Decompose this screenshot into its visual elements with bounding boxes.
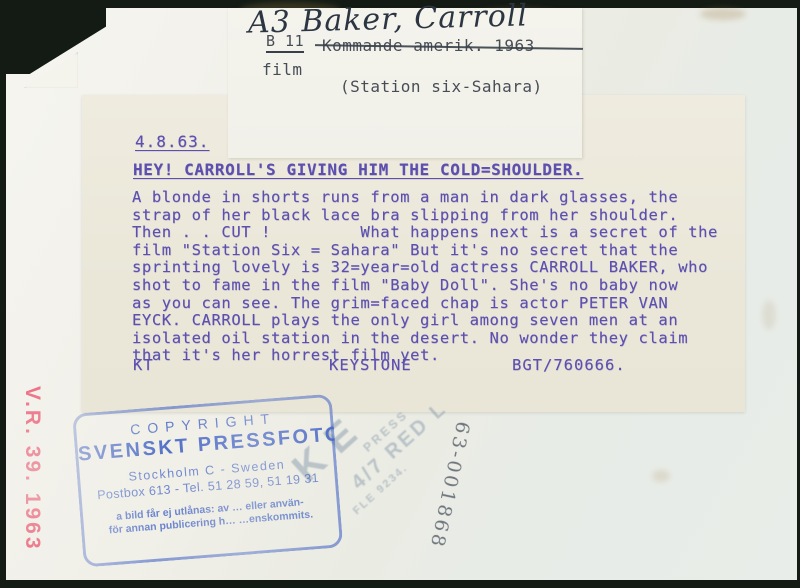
film-title: (Station six-Sahara) [340, 77, 543, 96]
index-card: A3 Baker, Carroll B 11 Kommande amerik. … [228, 8, 582, 158]
caption-body-line: that it's her horrest film yet. [132, 347, 718, 365]
paper-stain [652, 470, 670, 482]
caption-body-line: shot to fame in the film "Baby Doll". Sh… [132, 277, 718, 295]
film-label: film [262, 60, 303, 79]
caption-body-line: strap of her black lace bra slipping fro… [132, 207, 718, 225]
paper-stain [762, 300, 776, 330]
reference-number: BGT/760666. [512, 356, 626, 374]
caption-body-line: EYCK. CARROLL plays the only girl among … [132, 312, 718, 330]
corner-cut-shadow [0, 0, 106, 74]
caption-body-line: sprinting lovely is 32=year=old actress … [132, 259, 718, 277]
caption-headline: HEY! CARROLL'S GIVING HIM THE COLD=SHOUL… [133, 160, 583, 179]
caption-body-line: isolated oil station in the desert. No w… [132, 330, 718, 348]
red-date-stamp: V.R. 39. 1963 [20, 386, 44, 552]
caption-body: A blonde in shorts runs from a man in da… [132, 189, 718, 365]
credit-initials: KT [133, 356, 154, 374]
copyright-stamp: COPYRIGHT SVENSKT PRESSFOTO Stockholm C … [72, 394, 343, 568]
photo-back-paper: 4.8.63. HEY! CARROLL'S GIVING HIM THE CO… [6, 8, 797, 580]
paper-stain [700, 8, 746, 20]
caption-body-line: A blonde in shorts runs from a man in da… [132, 189, 718, 207]
caption-body-line: as you can see. The grim=faced chap is a… [132, 295, 718, 313]
catalog-code: B 11 [266, 32, 304, 53]
caption-body-line: Then . . CUT ! What happens next is a se… [132, 224, 718, 242]
caption-date: 4.8.63. [135, 132, 209, 151]
caption-body-line: film "Station Six = Sahara" But it's no … [132, 242, 718, 260]
